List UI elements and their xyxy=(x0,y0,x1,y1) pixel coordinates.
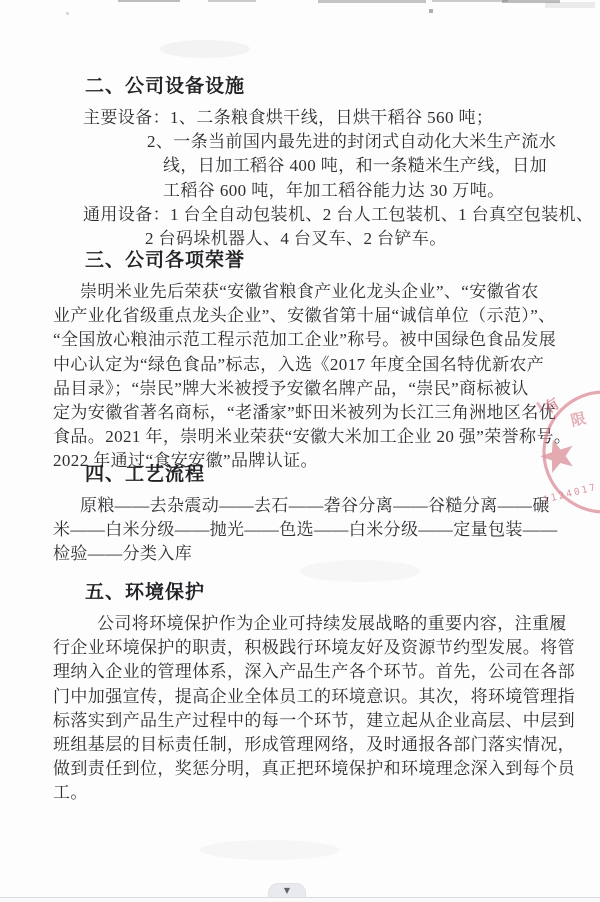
viewer-bottom-strip xyxy=(0,898,600,902)
section-heading: 四、工艺流程 xyxy=(85,462,558,488)
text-line: 标落实到产品生产过程中的每一个环节，建立起从企业高层、中层到 xyxy=(53,709,558,733)
section-heading: 三、公司各项荣誉 xyxy=(85,248,558,274)
section-honors: 三、公司各项荣誉 崇明米业先后荣获“安徽省粮食产业化龙头企业”、“安徽省农 业产… xyxy=(53,248,558,474)
scan-edge-artifact xyxy=(208,0,256,2)
scan-edge-artifact xyxy=(432,0,508,2)
seal-char: 限 xyxy=(569,409,587,430)
scan-edge-artifact xyxy=(118,0,180,2)
text-line: 行企业环境保护的职责，积极践行环境友好及资源节约型发展。将管 xyxy=(53,636,558,660)
scan-edge-artifact xyxy=(545,2,595,8)
text-line: 理纳入企业的管理体系，深入产品生产各个环节。首先，公司在各部 xyxy=(53,660,558,684)
section-heading: 二、公司设备设施 xyxy=(85,74,558,100)
text-line: 品目录》；“崇民”牌大米被授予安徽名牌产品，“崇民”商标被认 xyxy=(53,377,558,401)
section-equipment: 二、公司设备设施 主要设备：1、二条粮食烘干线，日烘干稻谷 560 吨； 2、一… xyxy=(53,74,558,251)
document-page: 二、公司设备设施 主要设备：1、二条粮食烘干线，日烘干稻谷 560 吨； 2、一… xyxy=(0,0,600,902)
text-line: 定为安徽省著名商标，“老潘家”虾田米被列为长江三角洲地区名优 xyxy=(53,401,558,425)
scroll-down-tab[interactable]: ▼ xyxy=(268,883,306,897)
text-line: 做到责任到位，奖惩分明，真正把环境保护和环境理念深入到每个员 xyxy=(53,757,558,781)
scan-edge-artifact xyxy=(318,0,426,3)
text-line: 2、一条当前国内最先进的封闭式自动化大米生产流水 xyxy=(147,130,558,154)
text-line: 班组基层的目标责任制，形成管理网络，及时通报各部门落实情况， xyxy=(53,733,558,757)
text-line: 线，日加工稻谷 400 吨，和一条糙米生产线，日加 xyxy=(163,154,558,178)
section-process: 四、工艺流程 原粮——去杂震动——去石——砻谷分离——谷糙分离——碾 米——白米… xyxy=(53,462,558,567)
text-line: 米——白米分级——抛光——色选——白米分级——定量包装—— xyxy=(53,518,558,542)
text-line: 业产业化省级重点龙头企业”、安徽省第十届“诚信单位（示范）”、 xyxy=(53,304,558,328)
text-line: “全国放心粮油示范工程示范加工企业”称号。被中国绿色食品发展 xyxy=(53,328,558,352)
text-line: 工。 xyxy=(53,781,558,805)
scan-blotch xyxy=(160,40,250,58)
text-line: 崇明米业先后荣获“安徽省粮食产业化龙头企业”、“安徽省农 xyxy=(80,280,558,304)
text-line: 主要设备：1、二条粮食烘干线，日烘干稻谷 560 吨； xyxy=(83,106,558,130)
chevron-down-icon: ▼ xyxy=(284,887,290,895)
text-line: 食品。2021 年，崇明米业荣获“安徽大米加工企业 20 强”荣誉称号。 xyxy=(53,425,558,449)
section-heading: 五、环境保护 xyxy=(85,580,558,606)
scan-edge-artifact xyxy=(502,0,560,3)
text-line: 工稻谷 600 吨，年加工稻谷能力达 30 万吨。 xyxy=(163,179,558,203)
text-line: 原粮——去杂震动——去石——砻谷分离——谷糙分离——碾 xyxy=(80,494,558,518)
text-line: 检验——分类入库 xyxy=(53,542,558,566)
scan-speck xyxy=(66,12,69,15)
text-line: 通用设备：1 台全自动包装机、2 台人工包装机、1 台真空包装机、 xyxy=(83,203,558,227)
scan-blotch xyxy=(200,840,340,860)
text-line: 门中加强宣传，提高企业全体员工的环境意识。其次，将环境管理指 xyxy=(53,685,558,709)
text-line: 中心认定为“绿色食品”标志，入选《2017 年度全国名特优新农产 xyxy=(53,353,558,377)
text-line: 公司将环境保护作为企业可持续发展战略的重要内容，注重履 xyxy=(97,612,558,636)
scan-speck xyxy=(429,9,433,13)
section-environment: 五、环境保护 公司将环境保护作为企业可持续发展战略的重要内容，注重履 行企业环境… xyxy=(53,580,558,806)
